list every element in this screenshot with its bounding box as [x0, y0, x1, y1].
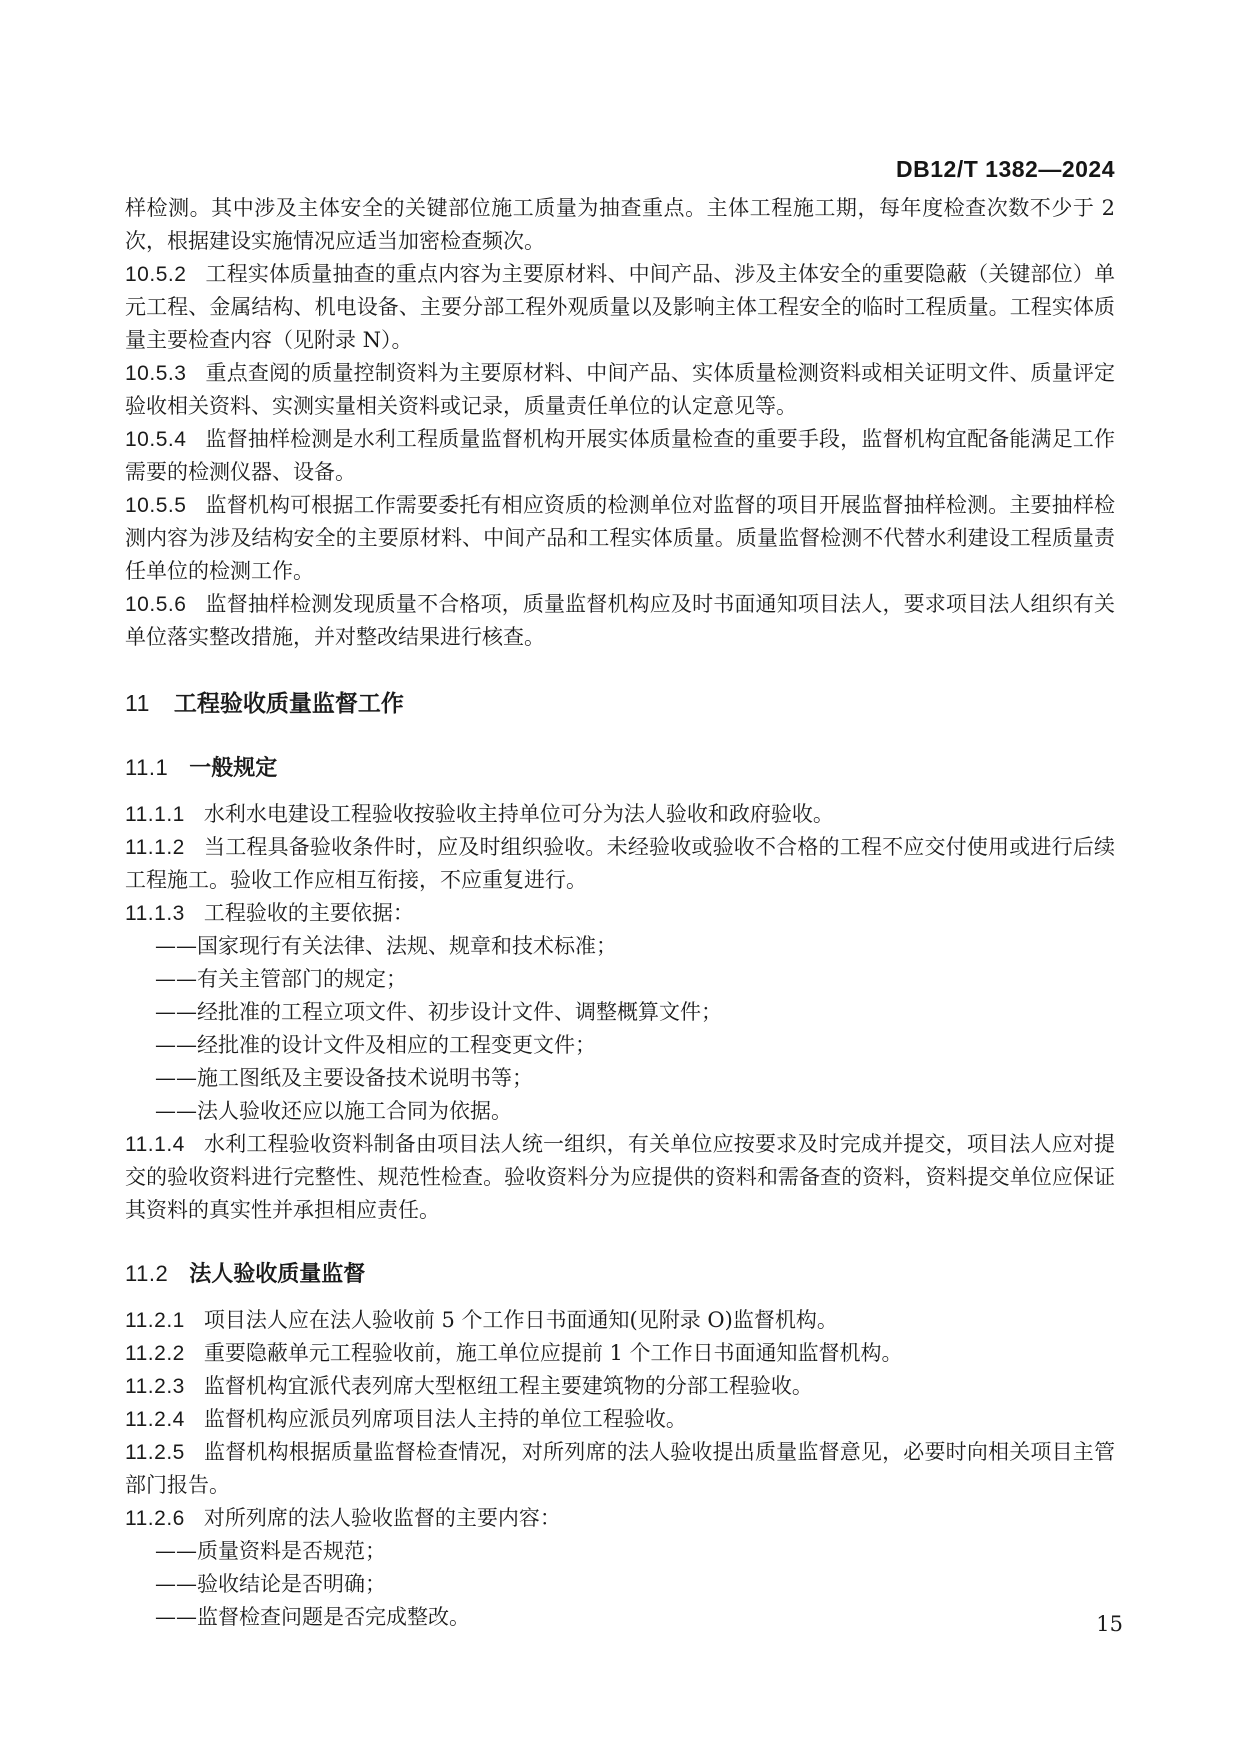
clause-number: 11.1.3 [125, 902, 204, 925]
clause-number: 11.2.2 [125, 1342, 204, 1365]
page-number: 15 [125, 1612, 1123, 1636]
list-item: ——经批准的设计文件及相应的工程变更文件； [125, 1029, 1115, 1062]
clause-number: 11.2.4 [125, 1408, 204, 1431]
clause-number: 11.2.6 [125, 1507, 204, 1530]
clause-number: 11.2 [125, 1261, 189, 1286]
list-item: ——经批准的工程立项文件、初步设计文件、调整概算文件； [125, 996, 1115, 1029]
section-heading: 11.2法人验收质量监督 [125, 1257, 1115, 1290]
clause-number: 11.1 [125, 755, 189, 780]
list-item: ——施工图纸及主要设备技术说明书等； [125, 1062, 1115, 1095]
clause-text: 工程验收质量监督工作 [174, 690, 404, 716]
clause-text: ——质量资料是否规范； [155, 1539, 386, 1563]
clause-text: 重点查阅的质量控制资料为主要原材料、中间产品、实体质量检测资料或相关证明文件、质… [125, 361, 1115, 418]
chapter-heading: 11工程验收质量监督工作 [125, 687, 1115, 720]
paragraph: 11.2.4监督机构应派员列席项目法人主持的单位工程验收。 [125, 1403, 1115, 1436]
paragraph: 10.5.5监督机构可根据工作需要委托有相应资质的检测单位对监督的项目开展监督抽… [125, 489, 1115, 588]
clause-number: 11.1.4 [125, 1133, 204, 1156]
clause-number: 11.2.1 [125, 1309, 204, 1332]
clause-number: 10.5.5 [125, 494, 205, 517]
clause-text: 监督机构宜派代表列席大型枢纽工程主要建筑物的分部工程验收。 [204, 1374, 813, 1398]
clause-number: 10.5.2 [125, 263, 205, 286]
list-item: ——法人验收还应以施工合同为依据。 [125, 1095, 1115, 1128]
clause-text: 样检测。其中涉及主体安全的关键部位施工质量为抽查重点。主体工程施工期，每年度检查… [125, 196, 1115, 253]
paragraph: 11.2.3监督机构宜派代表列席大型枢纽工程主要建筑物的分部工程验收。 [125, 1370, 1115, 1403]
clause-number: 11 [125, 690, 174, 716]
clause-number: 10.5.4 [125, 428, 205, 451]
clause-text: 当工程具备验收条件时，应及时组织验收。未经验收或验收不合格的工程不应交付使用或进… [125, 835, 1115, 892]
clause-text: 水利工程验收资料制备由项目法人统一组织，有关单位应按要求及时完成并提交，项目法人… [125, 1132, 1115, 1222]
clause-text: ——有关主管部门的规定； [155, 967, 407, 991]
paragraph: 11.1.3工程验收的主要依据： [125, 897, 1115, 930]
list-item: ——验收结论是否明确； [125, 1568, 1115, 1601]
clause-text: ——经批准的工程立项文件、初步设计文件、调整概算文件； [155, 1000, 722, 1024]
clause-number: 11.1.1 [125, 803, 204, 826]
clause-text: 重要隐蔽单元工程验收前，施工单位应提前 1 个工作日书面通知监督机构。 [204, 1341, 903, 1365]
clause-number: 10.5.3 [125, 362, 205, 385]
clause-text: 监督抽样检测发现质量不合格项，质量监督机构应及时书面通知项目法人，要求项目法人组… [125, 592, 1115, 649]
clause-number: 10.5.6 [125, 593, 205, 616]
clause-number: 11.2.5 [125, 1441, 204, 1464]
document-body: 样检测。其中涉及主体安全的关键部位施工质量为抽查重点。主体工程施工期，每年度检查… [125, 192, 1115, 1634]
list-item: ——国家现行有关法律、法规、规章和技术标准； [125, 930, 1115, 963]
section-heading: 11.1一般规定 [125, 751, 1115, 784]
clause-text: 监督机构可根据工作需要委托有相应资质的检测单位对监督的项目开展监督抽样检测。主要… [125, 493, 1115, 583]
clause-number: 11.1.2 [125, 836, 204, 859]
paragraph: 10.5.3重点查阅的质量控制资料为主要原材料、中间产品、实体质量检测资料或相关… [125, 357, 1115, 423]
clause-text: 一般规定 [189, 755, 277, 780]
clause-text: 监督抽样检测是水利工程质量监督机构开展实体质量检查的重要手段，监督机构宜配备能满… [125, 427, 1115, 484]
paragraph: 11.1.2当工程具备验收条件时，应及时组织验收。未经验收或验收不合格的工程不应… [125, 831, 1115, 897]
clause-text: 对所列席的法人验收监督的主要内容： [204, 1506, 561, 1530]
clause-text: 监督机构应派员列席项目法人主持的单位工程验收。 [204, 1407, 687, 1431]
clause-text: ——国家现行有关法律、法规、规章和技术标准； [155, 934, 617, 958]
clause-text: 工程验收的主要依据： [204, 901, 414, 925]
paragraph: 10.5.6监督抽样检测发现质量不合格项，质量监督机构应及时书面通知项目法人，要… [125, 588, 1115, 654]
clause-text: ——法人验收还应以施工合同为依据。 [155, 1099, 512, 1123]
paragraph: 10.5.4监督抽样检测是水利工程质量监督机构开展实体质量检查的重要手段，监督机… [125, 423, 1115, 489]
clause-text: 法人验收质量监督 [189, 1261, 365, 1286]
paragraph: 11.1.1水利水电建设工程验收按验收主持单位可分为法人验收和政府验收。 [125, 798, 1115, 831]
clause-text: 项目法人应在法人验收前 5 个工作日书面通知(见附录 O)监督机构。 [204, 1308, 838, 1332]
clause-text: ——验收结论是否明确； [155, 1572, 386, 1596]
paragraph: 11.2.5监督机构根据质量监督检查情况，对所列席的法人验收提出质量监督意见，必… [125, 1436, 1115, 1502]
paragraph: 11.2.1项目法人应在法人验收前 5 个工作日书面通知(见附录 O)监督机构。 [125, 1304, 1115, 1337]
clause-text: 水利水电建设工程验收按验收主持单位可分为法人验收和政府验收。 [204, 802, 834, 826]
clause-text: 工程实体质量抽查的重点内容为主要原材料、中间产品、涉及主体安全的重要隐蔽（关键部… [125, 262, 1115, 352]
document-page: DB12/T 1382—2024 样检测。其中涉及主体安全的关键部位施工质量为抽… [0, 0, 1241, 1755]
paragraph: 样检测。其中涉及主体安全的关键部位施工质量为抽查重点。主体工程施工期，每年度检查… [125, 192, 1115, 258]
paragraph: 10.5.2工程实体质量抽查的重点内容为主要原材料、中间产品、涉及主体安全的重要… [125, 258, 1115, 357]
clause-number: 11.2.3 [125, 1375, 204, 1398]
paragraph: 11.2.6对所列席的法人验收监督的主要内容： [125, 1502, 1115, 1535]
list-item: ——有关主管部门的规定； [125, 963, 1115, 996]
list-item: ——质量资料是否规范； [125, 1535, 1115, 1568]
standard-code-header: DB12/T 1382—2024 [125, 156, 1115, 183]
clause-text: ——经批准的设计文件及相应的工程变更文件； [155, 1033, 596, 1057]
clause-text: ——施工图纸及主要设备技术说明书等； [155, 1066, 533, 1090]
clause-text: 监督机构根据质量监督检查情况，对所列席的法人验收提出质量监督意见，必要时向相关项… [125, 1440, 1115, 1497]
paragraph: 11.1.4水利工程验收资料制备由项目法人统一组织，有关单位应按要求及时完成并提… [125, 1128, 1115, 1227]
paragraph: 11.2.2重要隐蔽单元工程验收前，施工单位应提前 1 个工作日书面通知监督机构… [125, 1337, 1115, 1370]
